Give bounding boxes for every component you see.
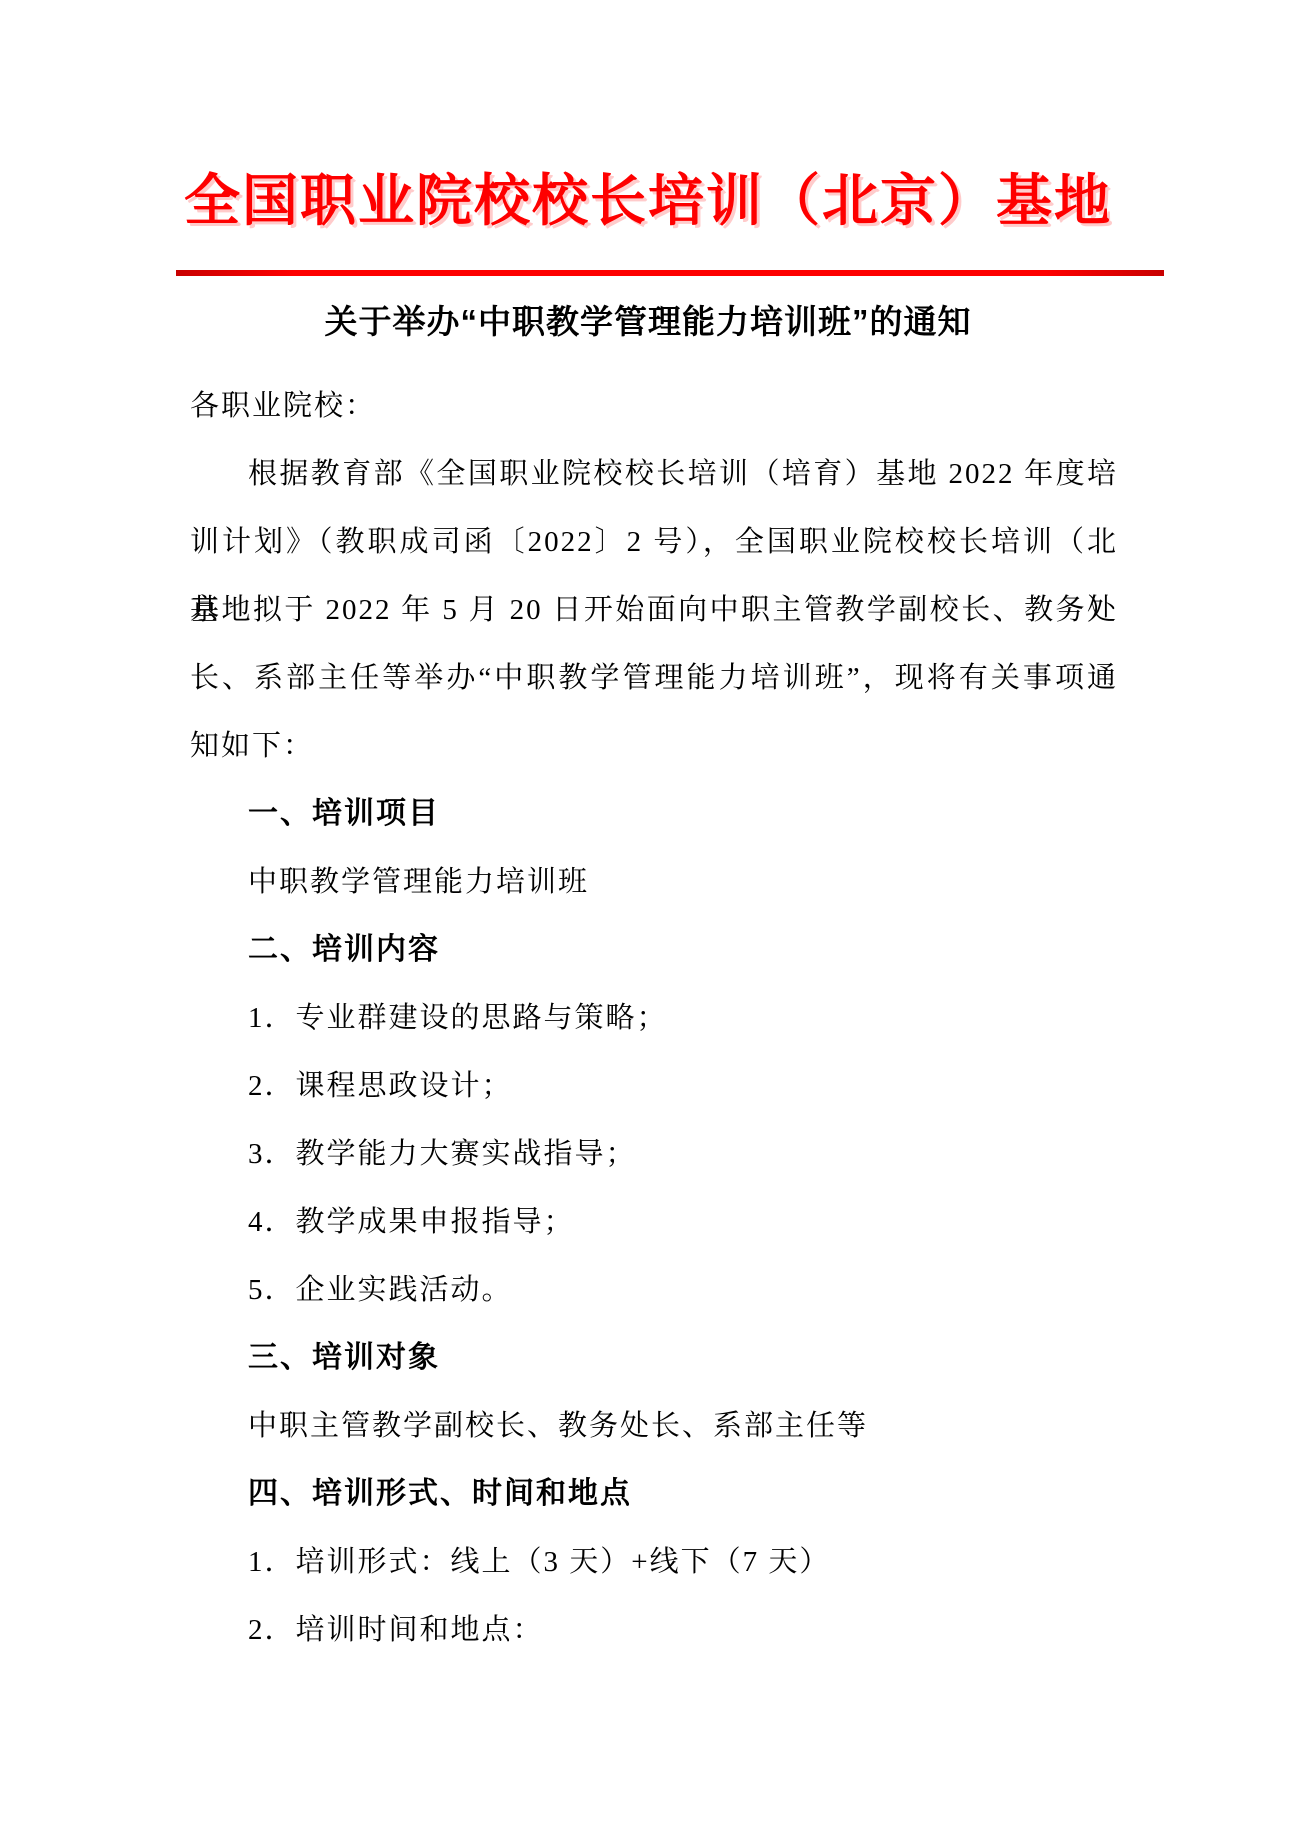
intro-line-1: 根据教育部《全国职业院校校长培训（培育）基地 2022 年度培 xyxy=(190,440,1118,508)
section-2-item-2: 2．课程思政设计； xyxy=(190,1052,1118,1120)
section-heading-4: 四、培训形式、时间和地点 xyxy=(190,1460,1118,1528)
section-heading-3: 三、培训对象 xyxy=(190,1324,1118,1392)
section-2-item-4: 4．教学成果申报指导； xyxy=(190,1188,1118,1256)
document-page: 全国职业院校校长培训（北京）基地 关于举办“中职教学管理能力培训班”的通知 各职… xyxy=(0,0,1296,1839)
section-2-item-3: 3．教学能力大赛实战指导； xyxy=(190,1120,1118,1188)
notice-title: 关于举办“中职教学管理能力培训班”的通知 xyxy=(0,300,1296,344)
intro-line-4: 长、系部主任等举办“中职教学管理能力培训班”，现将有关事项通 xyxy=(190,644,1118,712)
intro-line-5: 知如下： xyxy=(190,712,1118,780)
section-1-line: 中职教学管理能力培训班 xyxy=(190,848,1118,916)
section-4-item-1: 1．培训形式：线上（3 天）+线下（7 天） xyxy=(190,1528,1118,1596)
section-heading-1: 一、培训项目 xyxy=(190,780,1118,848)
section-4-item-2: 2．培训时间和地点： xyxy=(190,1596,1118,1664)
intro-line-3: 基地拟于 2022 年 5 月 20 日开始面向中职主管教学副校长、教务处 xyxy=(190,576,1118,644)
section-2-item-1: 1．专业群建设的思路与策略； xyxy=(190,984,1118,1052)
section-heading-2: 二、培训内容 xyxy=(190,916,1118,984)
intro-line-2: 训计划》（教职成司函〔2022〕2 号），全国职业院校校长培训（北京） xyxy=(190,508,1118,576)
red-divider-rule xyxy=(176,270,1164,276)
salutation: 各职业院校： xyxy=(190,372,1118,440)
section-3-line: 中职主管教学副校长、教务处长、系部主任等 xyxy=(190,1392,1118,1460)
section-2-item-5: 5．企业实践活动。 xyxy=(190,1256,1118,1324)
masthead-title: 全国职业院校校长培训（北京）基地 xyxy=(0,172,1296,232)
document-body: 各职业院校： 根据教育部《全国职业院校校长培训（培育）基地 2022 年度培 训… xyxy=(190,372,1118,1664)
